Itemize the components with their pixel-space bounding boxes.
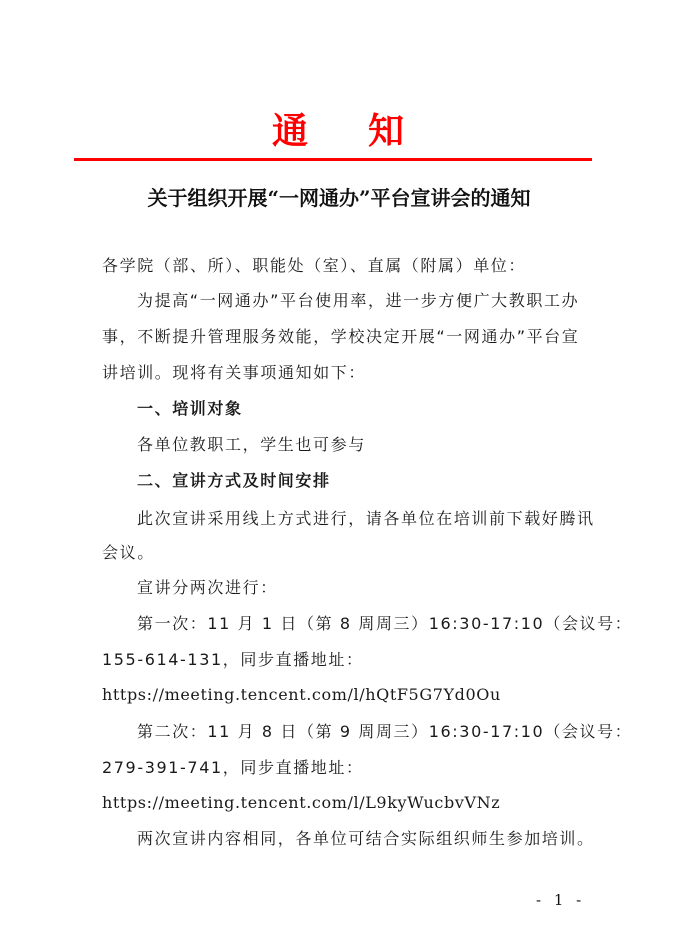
salutation: 各学院（部、所）、职能处（室）、直属（附属）单位：	[102, 254, 582, 278]
document-page: 通知 关于组织开展“一网通办”平台宣讲会的通知 各学院（部、所）、职能处（室）、…	[0, 0, 678, 939]
section-content-line-2: 会议。	[102, 541, 582, 565]
session-1-line-2: 155-614-131，同步直播地址：	[102, 648, 582, 672]
session-2-line-1: 第二次：11 月 8 日（第 9 周周三）16:30-17:10（会议号：	[137, 720, 617, 744]
schedule-note: 两次宣讲内容相同，各单位可结合实际组织师生参加培训。	[137, 827, 617, 851]
red-divider-rule	[74, 158, 592, 161]
session-2-live-url[interactable]: https://meeting.tencent.com/l/L9kyWucbvV…	[102, 791, 582, 815]
document-title: 关于组织开展“一网通办”平台宣讲会的通知	[0, 183, 678, 213]
session-2-line-2: 279-391-741，同步直播地址：	[102, 756, 582, 780]
page-number: - 1 -	[536, 890, 585, 910]
intro-line-1: 为提高“一网通办”平台使用率，进一步方便广大教职工办	[137, 289, 617, 313]
section-content-line-1: 此次宣讲采用线上方式进行，请各单位在培训前下载好腾讯	[137, 507, 617, 531]
session-1-line-1: 第一次：11 月 1 日（第 8 周周三）16:30-17:10（会议号：	[137, 612, 617, 636]
intro-line-2: 事，不断提升管理服务效能，学校决定开展“一网通办”平台宣	[102, 325, 582, 349]
schedule-intro: 宣讲分两次进行：	[137, 576, 617, 600]
section-heading-method-schedule: 二、宣讲方式及时间安排	[137, 469, 617, 493]
section-content-training-audience: 各单位教职工，学生也可参与	[137, 433, 617, 457]
masthead-notice-heading: 通知	[0, 110, 678, 154]
session-1-live-url[interactable]: https://meeting.tencent.com/l/hQtF5G7Yd0…	[102, 683, 582, 707]
masthead-char-2: 知	[368, 111, 406, 152]
intro-line-3: 讲培训。现将有关事项通知如下：	[102, 361, 582, 385]
masthead-char-1: 通	[272, 111, 310, 152]
section-heading-training-audience: 一、培训对象	[137, 397, 617, 421]
